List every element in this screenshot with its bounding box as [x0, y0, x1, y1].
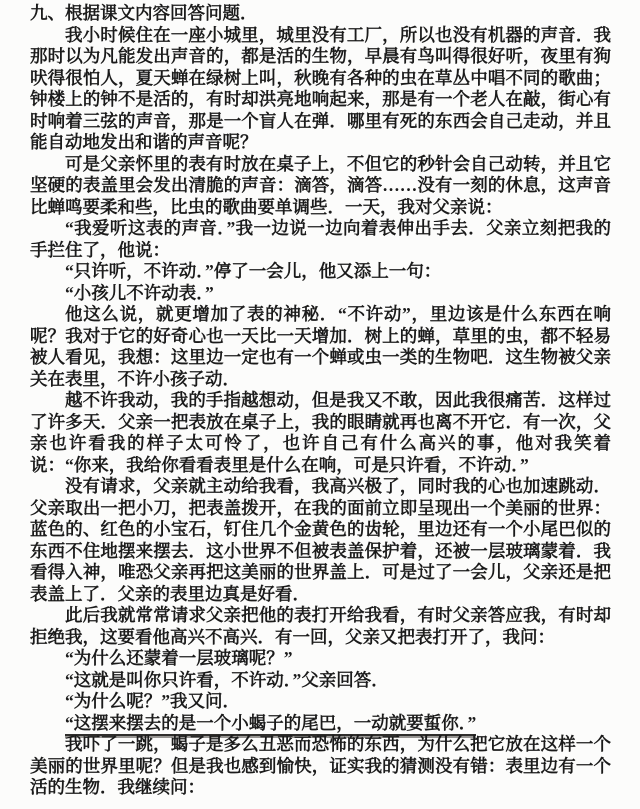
paragraph: 我吓了一跳，蝎子是多么丑恶而恐怖的东西，为什么把它放在这样一个美丽的世界里呢？但… — [30, 734, 611, 799]
paragraph: 越不许我动，我的手指越想动，但是我又不敢，因此我很痛苦．这样过了许多天．父亲一把… — [30, 390, 611, 476]
paragraph: 没有请求，父亲就主动给我看，我高兴极了，同时我的心也加速跳动．父亲取出一把小刀，… — [30, 476, 611, 605]
paragraph: “为什么呢？”我又问． — [30, 691, 611, 713]
paragraph: “只许听，不许动．”停了一会儿，他又添上一句： — [30, 261, 611, 283]
paragraph: 我小时候住在一座小城里，城里没有工厂，所以也没有机器的声音．我那时以为凡能发出声… — [30, 25, 611, 154]
paragraph: “小孩儿不许动表．” — [30, 283, 611, 305]
paragraph: “我爱听这表的声音．”我一边说一边向着表伸出手去．父亲立刻把我的手拦住了，他说： — [30, 218, 611, 261]
document-page: 九、根据课文内容回答问题． 我小时候住在一座小城里，城里没有工厂，所以也没有机器… — [0, 0, 640, 809]
paragraph: “为什么还蒙着一层玻璃呢？” — [30, 648, 611, 670]
paragraph: “这摆来摆去的是一个小蝎子的尾巴，一动就要蜇你．” — [30, 713, 611, 735]
passage-body: 我小时候住在一座小城里，城里没有工厂，所以也没有机器的声音．我那时以为凡能发出声… — [30, 25, 611, 799]
paragraph: 此后我就常常请求父亲把他的表打开给我看，有时父亲答应我，有时却拒绝我，这要看他高… — [30, 605, 611, 648]
paragraph: 他这么说，就更增加了表的神秘．“不许动”，里边该是什么东西在响呢？我对于它的好奇… — [30, 304, 611, 390]
paragraph: “这就是叫你只许看，不许动．”父亲回答． — [30, 670, 611, 692]
section-heading: 九、根据课文内容回答问题． — [30, 3, 611, 25]
underlined-sentence-text: “这摆来摆去的是一个小蝎子的尾巴，一动就要蜇你．” — [65, 713, 476, 736]
paragraph: 可是父亲怀里的表有时放在桌子上，不但它的秒针会自己动转，并且它坚硬的表盖里会发出… — [30, 154, 611, 219]
